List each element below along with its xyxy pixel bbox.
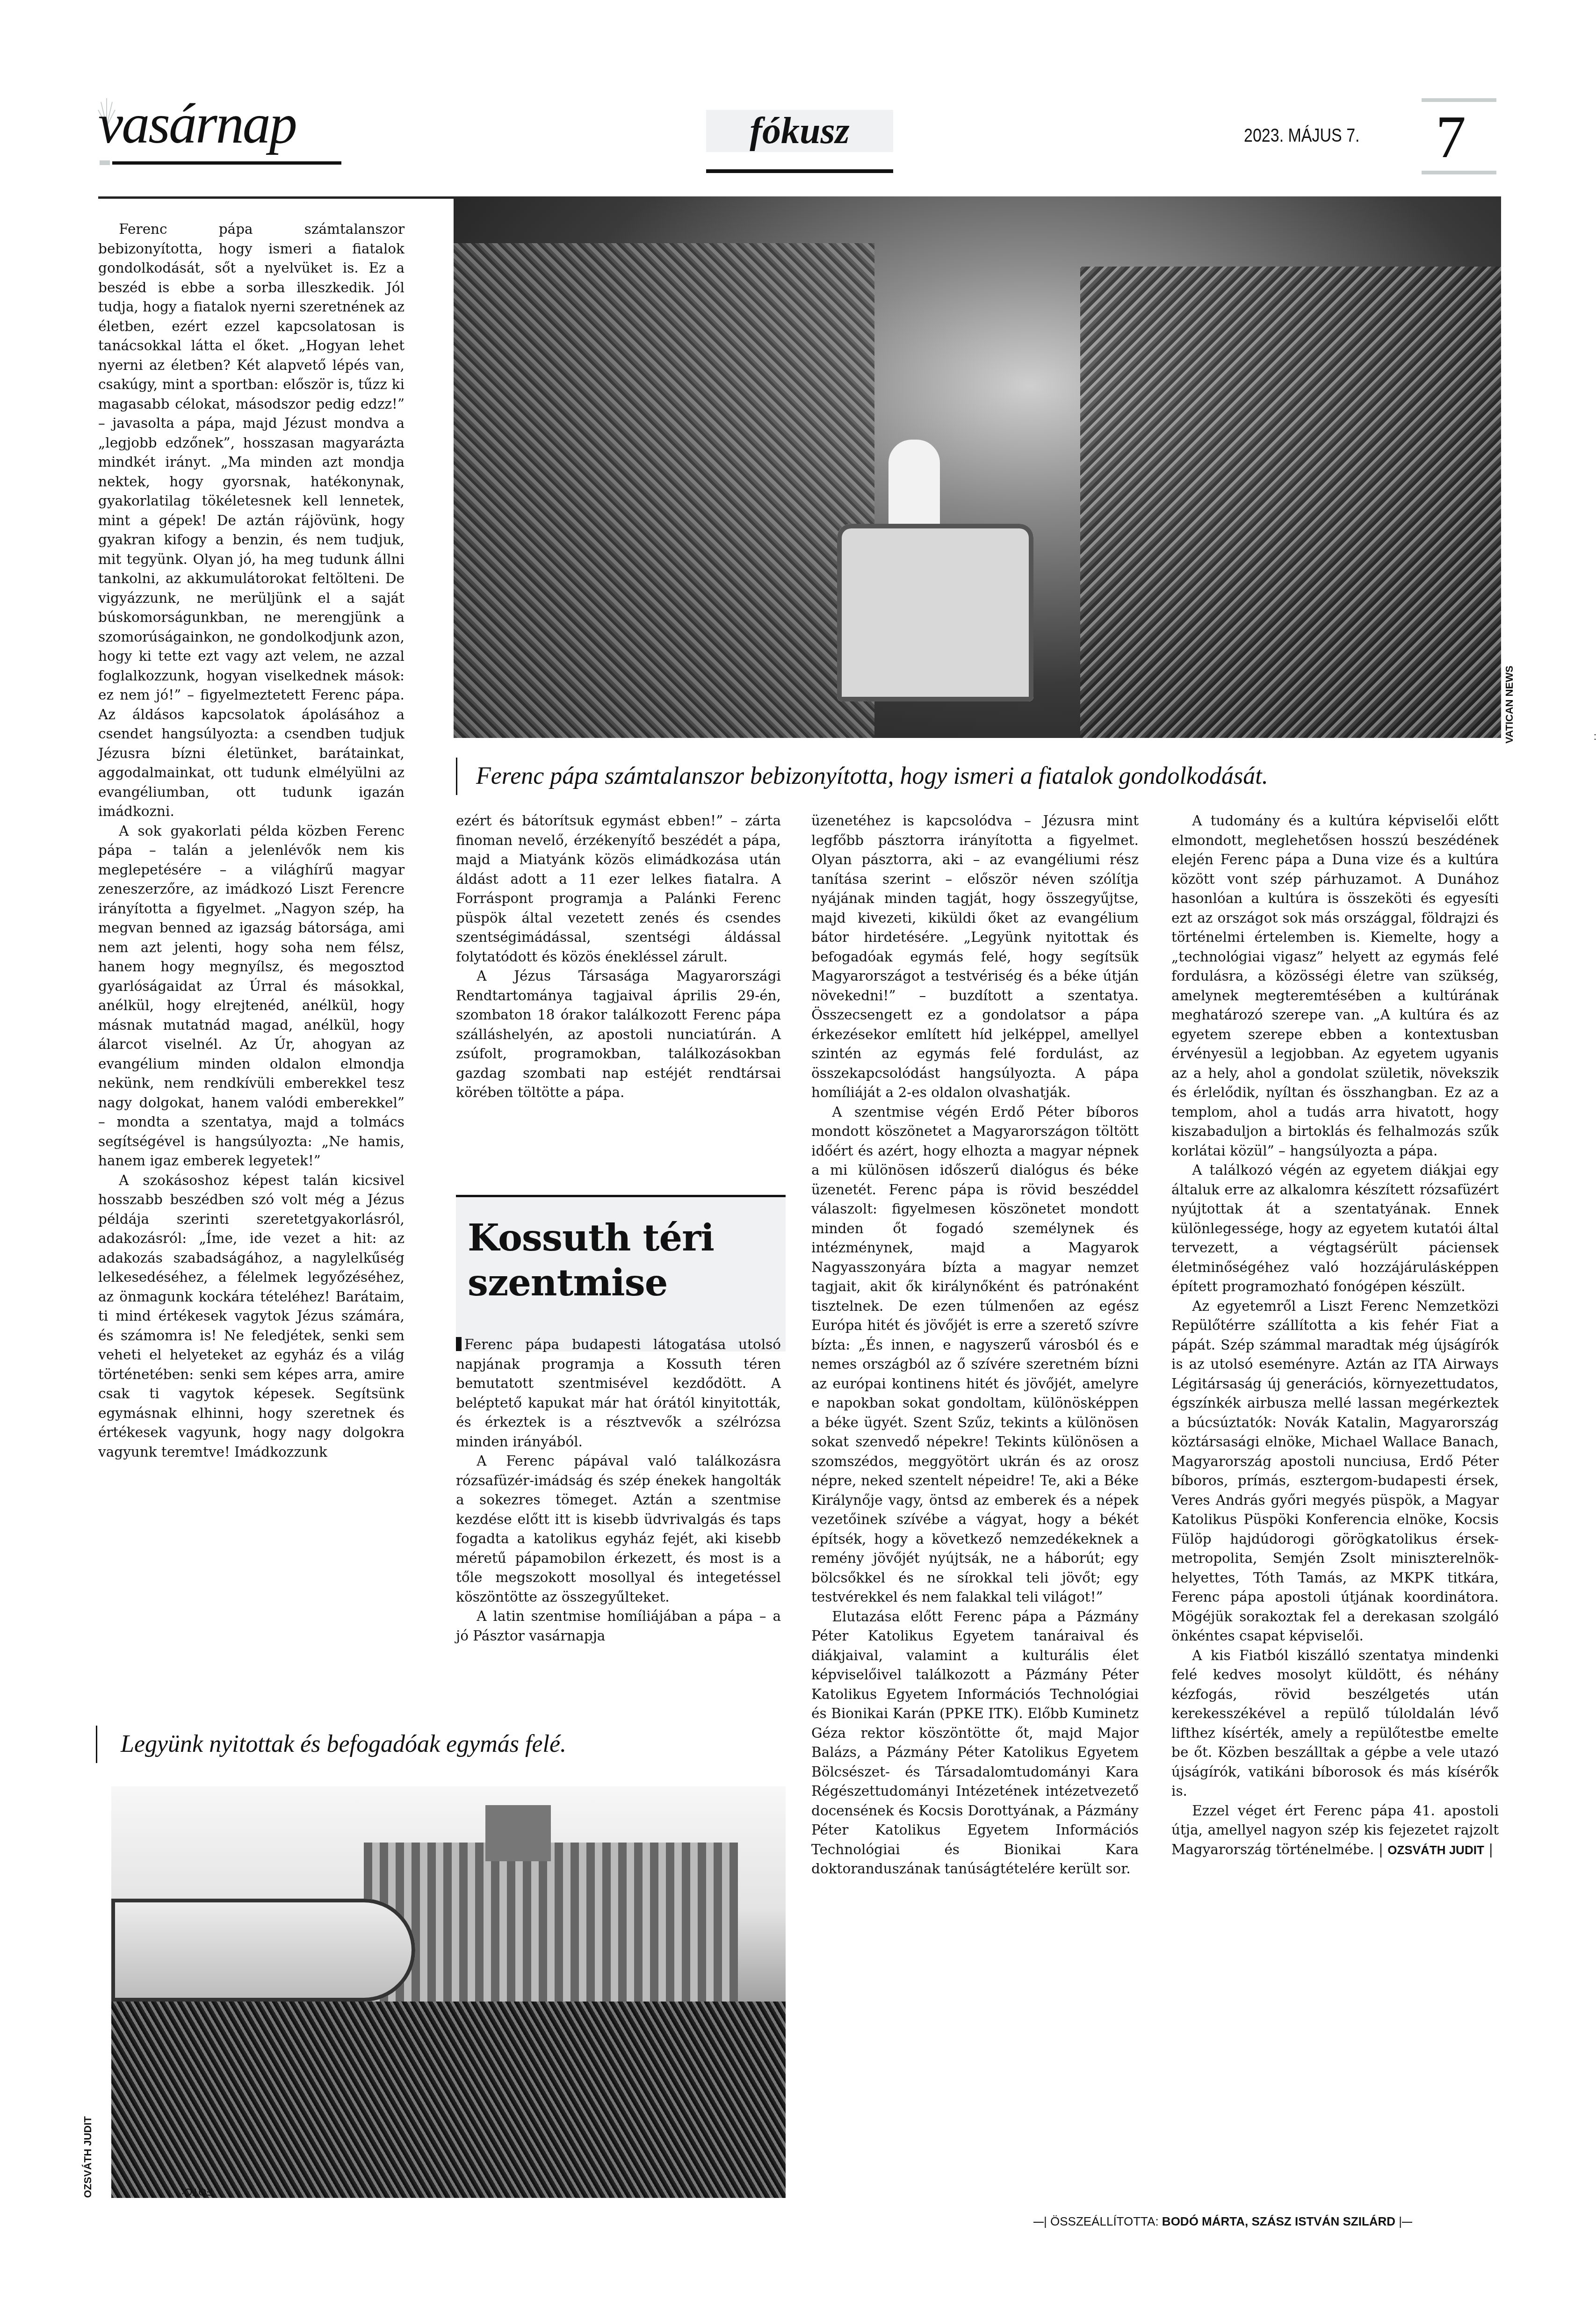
paragraph: A szokásoshoz képest talán kicsivel hoss… [98,1171,404,1462]
paragraph: üzenetéhez is kapcsolódva – Jézusra mint… [811,811,1139,1103]
paragraph: A latin szentmise homíliájában a pápa – … [456,1607,781,1646]
page-number-rule-top [1422,98,1496,102]
crowd-right [1080,267,1501,738]
paragraph: Az egyetemről a Liszt Ferenc Nemzetközi … [1171,1297,1499,1646]
subheading-box: Kossuth téri szentmise [456,1195,786,1352]
photo-caption-top: Ferenc pápa számtalanszor bebizonyította… [456,758,1519,795]
paragraph: Elutazása előtt Ferenc pápa a Pázmány Pé… [811,1607,1139,1879]
paragraph: A szentmise végén Erdő Péter bíboros mon… [811,1103,1139,1607]
article-column-1: Ferenc pápa számtalanszor bebizonyította… [98,220,404,1462]
building-tower [485,1805,551,1861]
paragraph: ezért és bátorítsuk egymást ebben!” – zá… [456,811,781,967]
article-column-2-continued: Ferenc pápa budapesti látogatása utolsó … [456,1335,781,1646]
masthead-underline [112,161,341,165]
article-column-3: üzenetéhez is kapcsolódva – Jézusra mint… [811,811,1139,1879]
section-underline [706,169,893,173]
crowd-left [454,243,874,738]
paragraph: A találkozó végén az egyetem diákjai egy… [1171,1161,1499,1297]
byline: OZSVÁTH JUDIT [1387,1843,1484,1857]
masthead-tick [100,160,110,165]
paragraph: A kis Fiatból kiszálló szentatya mindenk… [1171,1646,1499,1801]
photo-caption-bottom: Legyünk nyitottak és befogadóak egymás f… [96,1726,808,1763]
paragraph: Ferenc pápa számtalanszor bebizonyította… [98,220,404,822]
paragraph: A Jézus Társasága Magyarországi Rendtart… [456,967,781,1103]
camera-lens [111,1899,415,2002]
issue-date: 2023. MÁJUS 7. [1244,125,1360,146]
pope-arena-photo [454,196,1501,738]
page-number-rule-bottom [1422,171,1496,174]
rule-right [1402,2222,1412,2223]
crowd [111,2002,786,2198]
masthead-logo: vasárnap [98,96,296,152]
rule-left [1033,2222,1044,2223]
paragraph: A Ferenc pápával való találkozásra rózsa… [456,1452,781,1607]
photo-credit-bottom: FOTÓ: OZSVÁTH JUDIT [82,2067,96,2198]
golf-cart [837,524,1033,701]
paragraph: A tudomány és a kultúra képviselői előtt… [1171,811,1499,1161]
parliament-building [364,1843,738,2016]
page-number: 7 [1436,107,1466,167]
photo-credit-top: FOTÓ: VATICAN NEWS [1503,622,1517,744]
subheading: Kossuth téri szentmise [456,1197,786,1306]
lead-marker-icon [456,1337,462,1351]
article-column-2: ezért és bátorítsuk egymást ebben!” – zá… [456,811,781,1103]
kossuth-square-photo [111,1786,786,2198]
section-label: fókusz [706,110,893,152]
article-column-4: A tudomány és a kultúra képviselői előtt… [1171,811,1499,1860]
compiled-by: | ÖSSZEÁLLÍTOTTA: BODÓ MÁRTA, SZÁSZ ISTV… [1033,2214,1412,2229]
lead-paragraph: Ferenc pápa budapesti látogatása utolsó … [456,1335,781,1452]
paragraph: A sok gyakorlati példa közben Ferenc páp… [98,822,404,1171]
paragraph: Ezzel véget ért Ferenc pápa 41. apostoli… [1171,1801,1499,1860]
